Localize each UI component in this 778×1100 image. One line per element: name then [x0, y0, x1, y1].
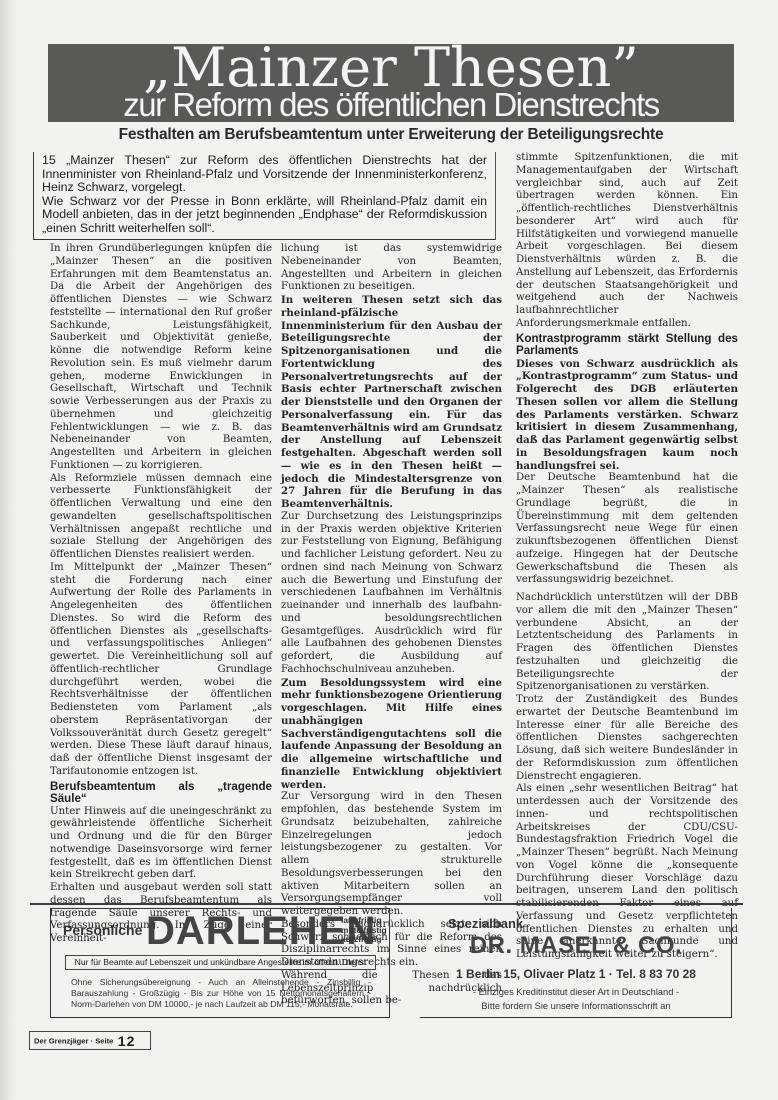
intro-paragraph: Wie Schwarz vor der Presse in Bonn erklä… — [42, 195, 487, 236]
bank-advertisement: Spezialbank DR. MASEL & CO. 1 Berlin 15,… — [420, 908, 732, 1018]
paragraph: In ihren Grundüberlegungen knüpfen die „… — [50, 243, 272, 473]
paragraph: stimmte Spitzenfunktionen, die mit Manag… — [516, 152, 738, 331]
term: kurzfristig — [341, 935, 387, 945]
paragraph: Als Reformziele müssen demnach eine verb… — [50, 473, 272, 562]
title-banner: „Mainzer Thesen” zur Reform des öffentli… — [48, 44, 734, 122]
paragraph: Im Mittelpunkt der „Mainzer Thesen“ steh… — [50, 562, 272, 779]
paragraph: Der Deutsche Beamtenbund hat die „Mainze… — [516, 472, 738, 587]
ad-terms: langfristig mittelfristig kurzfristig — [341, 916, 387, 945]
bold-paragraph: Dieses von Schwarz ausdrücklich als „Kon… — [516, 358, 738, 473]
bold-paragraph: Zum Besoldungssystem wird eine mehr funk… — [281, 677, 502, 792]
paragraph: Zur Durchsetzung des Leistungsprinzips i… — [281, 511, 502, 677]
paragraph: Zur Versorgung wird in den Thesen empfoh… — [281, 791, 502, 919]
bank-tagline: - Einziges Kreditinstitut dieser Art in … — [420, 987, 732, 997]
paragraph: Nachdrücklich unterstützen will der DBB … — [516, 592, 738, 694]
article-column-1: In ihren Grundüberlegungen knüpfen die „… — [50, 243, 272, 946]
article-column-2: lichung ist das systemwidrige Nebeneinan… — [281, 243, 502, 1008]
headline: Festhalten am Berufsbeamtentum unter Erw… — [48, 126, 734, 144]
section-divider — [30, 903, 743, 905]
section-heading: Kontrastprogramm stärkt Stellung des Par… — [516, 333, 738, 358]
bold-paragraph: In weiteren Thesen setzt sich das rheinl… — [281, 294, 502, 511]
bank-name: DR. MASEL & CO. — [420, 932, 732, 960]
paragraph: Unter Hinweis auf die uneingeschränkt zu… — [50, 806, 272, 883]
bank-label: Spezialbank — [448, 916, 523, 931]
loan-advertisement: Persönliche DARLEHEN langfristig mittelf… — [50, 908, 390, 1018]
page-footer: Der Grenzjäger · Seite 12 — [29, 1031, 151, 1050]
page-number: 12 — [118, 1033, 136, 1049]
page-edge-shadow — [0, 0, 18, 1100]
banner-subtitle: zur Reform des öffentlichen Dienstrechts — [48, 87, 734, 122]
ad-prefix: Persönliche — [63, 922, 142, 938]
section-heading: Berufsbeamtentum als „tragende Säule“ — [50, 781, 272, 806]
paragraph: Trotz der Zuständigkeit des Bundes erwar… — [516, 694, 738, 783]
intro-box: 15 „Mainzer Thesen“ zur Reform des öffen… — [33, 152, 496, 240]
article-column-3: stimmte Spitzenfunktionen, die mit Manag… — [516, 152, 738, 962]
publication-name: Der Grenzjäger · Seite — [34, 1036, 113, 1045]
paragraph: lichung ist das systemwidrige Nebeneinan… — [281, 243, 502, 294]
bank-call-to-action: Bitte fordern Sie unsere Informationssch… — [420, 1001, 732, 1011]
ad-details: Ohne Sicherungsübereignung - Auch an All… — [71, 977, 371, 1010]
intro-paragraph: 15 „Mainzer Thesen“ zur Reform des öffen… — [42, 154, 487, 195]
bank-address: 1 Berlin 15, Olivaer Platz 1 · Tel. 8 83… — [420, 967, 732, 981]
ad-eligibility-notice: Nur für Beamte auf Lebenszeit und unkünd… — [65, 955, 376, 970]
